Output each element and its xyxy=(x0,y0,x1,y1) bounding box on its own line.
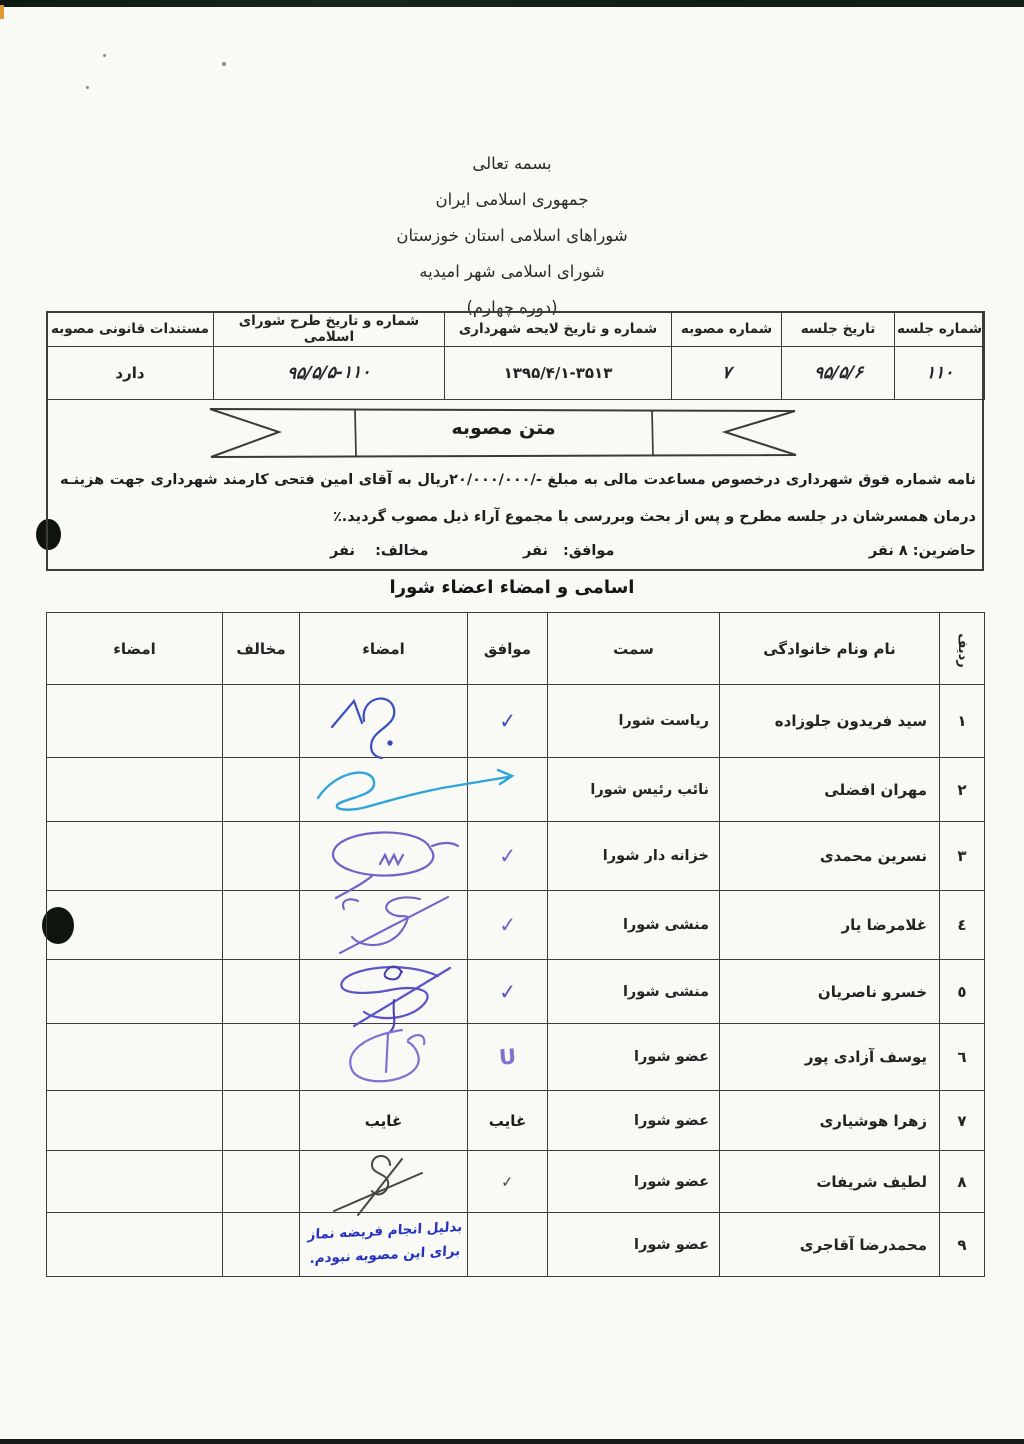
resolution-banner: متن مصوبه xyxy=(205,404,800,459)
member-position: عضو شورا xyxy=(548,1024,720,1091)
agree-mark-cell: U xyxy=(468,1024,548,1091)
check-mark-icon: U xyxy=(498,1044,517,1069)
signature-scribble-icon xyxy=(302,758,532,822)
oppose-mark-cell xyxy=(223,1151,300,1213)
scan-speck xyxy=(103,54,106,57)
oppose-signature-cell xyxy=(47,1151,223,1213)
municipal-bill-header: شماره و تاریخ لایحه شهرداری xyxy=(445,312,672,347)
oppose-mark-cell xyxy=(223,1213,300,1277)
member-position: عضو شورا xyxy=(548,1213,720,1277)
signature-cell xyxy=(300,685,468,758)
scan-speck xyxy=(222,62,226,66)
info-header-row: شماره جلسه تاریخ جلسه شماره مصوبه شماره … xyxy=(47,312,985,347)
member-row-2: ۲ مهران افضلی نائب رئیس شورا xyxy=(47,758,985,822)
member-name: مهران افضلی xyxy=(720,758,940,822)
agree-mark-cell: ✓ xyxy=(468,1151,548,1213)
attendance-present: حاضرین: ۸ نفر xyxy=(869,543,976,559)
oppose-signature-cell xyxy=(47,1024,223,1091)
oppose-mark-cell xyxy=(223,1091,300,1151)
member-name: نسرین محمدی xyxy=(720,822,940,891)
oppose-mark-cell xyxy=(223,758,300,822)
col-header-position: سمت xyxy=(548,613,720,685)
session-info-table: شماره جلسه تاریخ جلسه شماره مصوبه شماره … xyxy=(46,311,985,400)
member-row-6: ٦ یوسف آزادی پور عضو شورا U xyxy=(47,1024,985,1091)
signature-scribble-icon xyxy=(302,685,472,758)
legal-docs-value: دارد xyxy=(47,347,214,400)
member-row-9: ۹ محمدرضا آقاجری عضو شورا بدلیل انجام فر… xyxy=(47,1213,985,1277)
check-mark-icon: ✓ xyxy=(501,1172,515,1191)
member-row-4: ٤ غلامرضا یار منشی شورا ✓ xyxy=(47,891,985,960)
member-position: منشی شورا xyxy=(548,891,720,960)
oppose-mark-cell xyxy=(223,1024,300,1091)
signature-cell xyxy=(300,758,468,822)
member-name: یوسف آزادی پور xyxy=(720,1024,940,1091)
member-position: منشی شورا xyxy=(548,960,720,1024)
oppose-signature-cell xyxy=(47,822,223,891)
agree-mark-cell: ✓ xyxy=(468,685,548,758)
scan-edge-bottom xyxy=(0,1439,1024,1444)
scan-edge-top xyxy=(0,0,1024,7)
member-name: سید فریدون جلوزاده xyxy=(720,685,940,758)
resolution-text-line1: نامه شماره فوق شهرداری درخصوص مساعدت مال… xyxy=(60,472,976,488)
member-row-7: ۷ زهرا هوشیاری عضو شورا غایب غایب xyxy=(47,1091,985,1151)
scan-speck xyxy=(86,86,89,89)
col-header-row-no: ردیف xyxy=(940,613,985,685)
signature-cell xyxy=(300,822,468,891)
member-position: نائب رئیس شورا xyxy=(548,758,720,822)
signature-scribble-icon xyxy=(302,960,472,1024)
oppose-signature-cell xyxy=(47,891,223,960)
row-no: ۲ xyxy=(940,758,985,822)
member-row-1: ۱ سید فریدون جلوزاده ریاست شورا ✓ xyxy=(47,685,985,758)
agree-mark-cell: ✓ xyxy=(468,891,548,960)
council-plan-header: شماره و تاریخ طرح شورای اسلامی xyxy=(214,312,445,347)
member-name: محمدرضا آقاجری xyxy=(720,1213,940,1277)
member-position: ریاست شورا xyxy=(548,685,720,758)
attendance-oppose: مخالف: نفر xyxy=(330,543,428,559)
row-no: ۱ xyxy=(940,685,985,758)
agree-mark-cell: ✓ xyxy=(468,822,548,891)
check-mark-icon: ✓ xyxy=(498,912,517,937)
col-header-oppose: مخالف xyxy=(223,613,300,685)
scanned-council-resolution-page: بسمه تعالی جمهوری اسلامی ایران شوراهای ا… xyxy=(0,0,1024,1444)
oppose-mark-cell xyxy=(223,822,300,891)
members-signature-table: ردیف نام ونام خانوادگی سمت موافق امضاء م… xyxy=(46,612,985,1277)
oppose-signature-cell xyxy=(47,960,223,1024)
col-header-agree: موافق xyxy=(468,613,548,685)
oppose-signature-cell xyxy=(47,758,223,822)
oppose-signature-cell xyxy=(47,1091,223,1151)
check-mark-icon: ✓ xyxy=(498,843,517,868)
resolution-no-value: ۷ xyxy=(672,347,782,400)
oppose-signature-cell xyxy=(47,685,223,758)
member-name: زهرا هوشیاری xyxy=(720,1091,940,1151)
member-position: خزانه دار شورا xyxy=(548,822,720,891)
row-no: ٦ xyxy=(940,1024,985,1091)
row-no: ٤ xyxy=(940,891,985,960)
agree-mark-cell: ✓ xyxy=(468,960,548,1024)
absent-label: غایب xyxy=(365,1112,402,1130)
signature-cell: بدلیل انجام فریضه نماز برای این مصوبه نب… xyxy=(300,1213,468,1277)
municipal-bill-value: ۱۳۹۵/۴/۱-۳۵۱۳ xyxy=(445,347,672,400)
members-header-row: ردیف نام ونام خانوادگی سمت موافق امضاء م… xyxy=(47,613,985,685)
oppose-mark-cell xyxy=(223,891,300,960)
row-no: ٥ xyxy=(940,960,985,1024)
resolution-no-header: شماره مصوبه xyxy=(672,312,782,347)
col-header-signature: امضاء xyxy=(300,613,468,685)
oppose-mark-cell xyxy=(223,685,300,758)
info-values-row: ۱۱۰ ۹۵/۵/۶ ۷ ۱۳۹۵/۴/۱-۳۵۱۳ ۹۵/۵/۵-۱۱۰ دا… xyxy=(47,347,985,400)
col-header-name: نام ونام خانوادگی xyxy=(720,613,940,685)
signature-scribble-icon xyxy=(302,1024,472,1091)
banner-title: متن مصوبه xyxy=(355,417,652,439)
letterhead-line-city-council: شورای اسلامی شهر امیدیه xyxy=(0,254,1024,290)
members-section-title: اسامی و امضاء اعضاء شورا xyxy=(0,577,1024,598)
signature-scribble-icon xyxy=(302,822,472,891)
member-row-5: ٥ خسرو ناصریان منشی شورا ✓ xyxy=(47,960,985,1024)
signature-cell xyxy=(300,960,468,1024)
agree-mark-cell xyxy=(468,1213,548,1277)
absent-label: غایب xyxy=(489,1112,526,1130)
member-row-8: ۸ لطیف شریفات عضو شورا ✓ xyxy=(47,1151,985,1213)
col-header-signature-2: امضاء xyxy=(47,613,223,685)
session-no-header: شماره جلسه xyxy=(895,312,985,347)
row-no: ۷ xyxy=(940,1091,985,1151)
check-mark-icon: ✓ xyxy=(498,708,517,733)
resolution-text-line2: درمان همسرشان در جلسه مطرح و پس از بحث و… xyxy=(60,509,976,525)
signature-cell xyxy=(300,1151,468,1213)
row-no: ۸ xyxy=(940,1151,985,1213)
document-letterhead: بسمه تعالی جمهوری اسلامی ایران شوراهای ا… xyxy=(0,146,1024,326)
scan-edge-orange-sliver xyxy=(0,5,4,19)
oppose-signature-cell xyxy=(47,1213,223,1277)
signature-cell xyxy=(300,891,468,960)
council-plan-value: ۹۵/۵/۵-۱۱۰ xyxy=(214,347,445,400)
member-row-3: ۳ نسرین محمدی خزانه دار شورا ✓ xyxy=(47,822,985,891)
letterhead-line-basmala: بسمه تعالی xyxy=(0,146,1024,182)
attendance-agree: موافق: نفر xyxy=(523,543,614,559)
member-name: لطیف شریفات xyxy=(720,1151,940,1213)
session-no-value: ۱۱۰ xyxy=(895,347,985,400)
oppose-mark-cell xyxy=(223,960,300,1024)
agree-mark-cell: غایب xyxy=(468,1091,548,1151)
member-position: عضو شورا xyxy=(548,1151,720,1213)
session-date-header: تاریخ جلسه xyxy=(782,312,895,347)
signature-scribble-icon xyxy=(302,891,472,960)
signature-cell xyxy=(300,1024,468,1091)
member-position: عضو شورا xyxy=(548,1091,720,1151)
session-date-value: ۹۵/۵/۶ xyxy=(782,347,895,400)
letterhead-line-country: جمهوری اسلامی ایران xyxy=(0,182,1024,218)
legal-docs-header: مستندات قانونی مصوبه xyxy=(47,312,214,347)
signature-cell: غایب xyxy=(300,1091,468,1151)
letterhead-line-province-councils: شوراهای اسلامی استان خوزستان xyxy=(0,218,1024,254)
member-name: خسرو ناصریان xyxy=(720,960,940,1024)
row-no: ۳ xyxy=(940,822,985,891)
signature-scribble-icon xyxy=(302,1151,472,1213)
member-name: غلامرضا یار xyxy=(720,891,940,960)
check-mark-icon: ✓ xyxy=(498,979,517,1004)
row-no: ۹ xyxy=(940,1213,985,1277)
